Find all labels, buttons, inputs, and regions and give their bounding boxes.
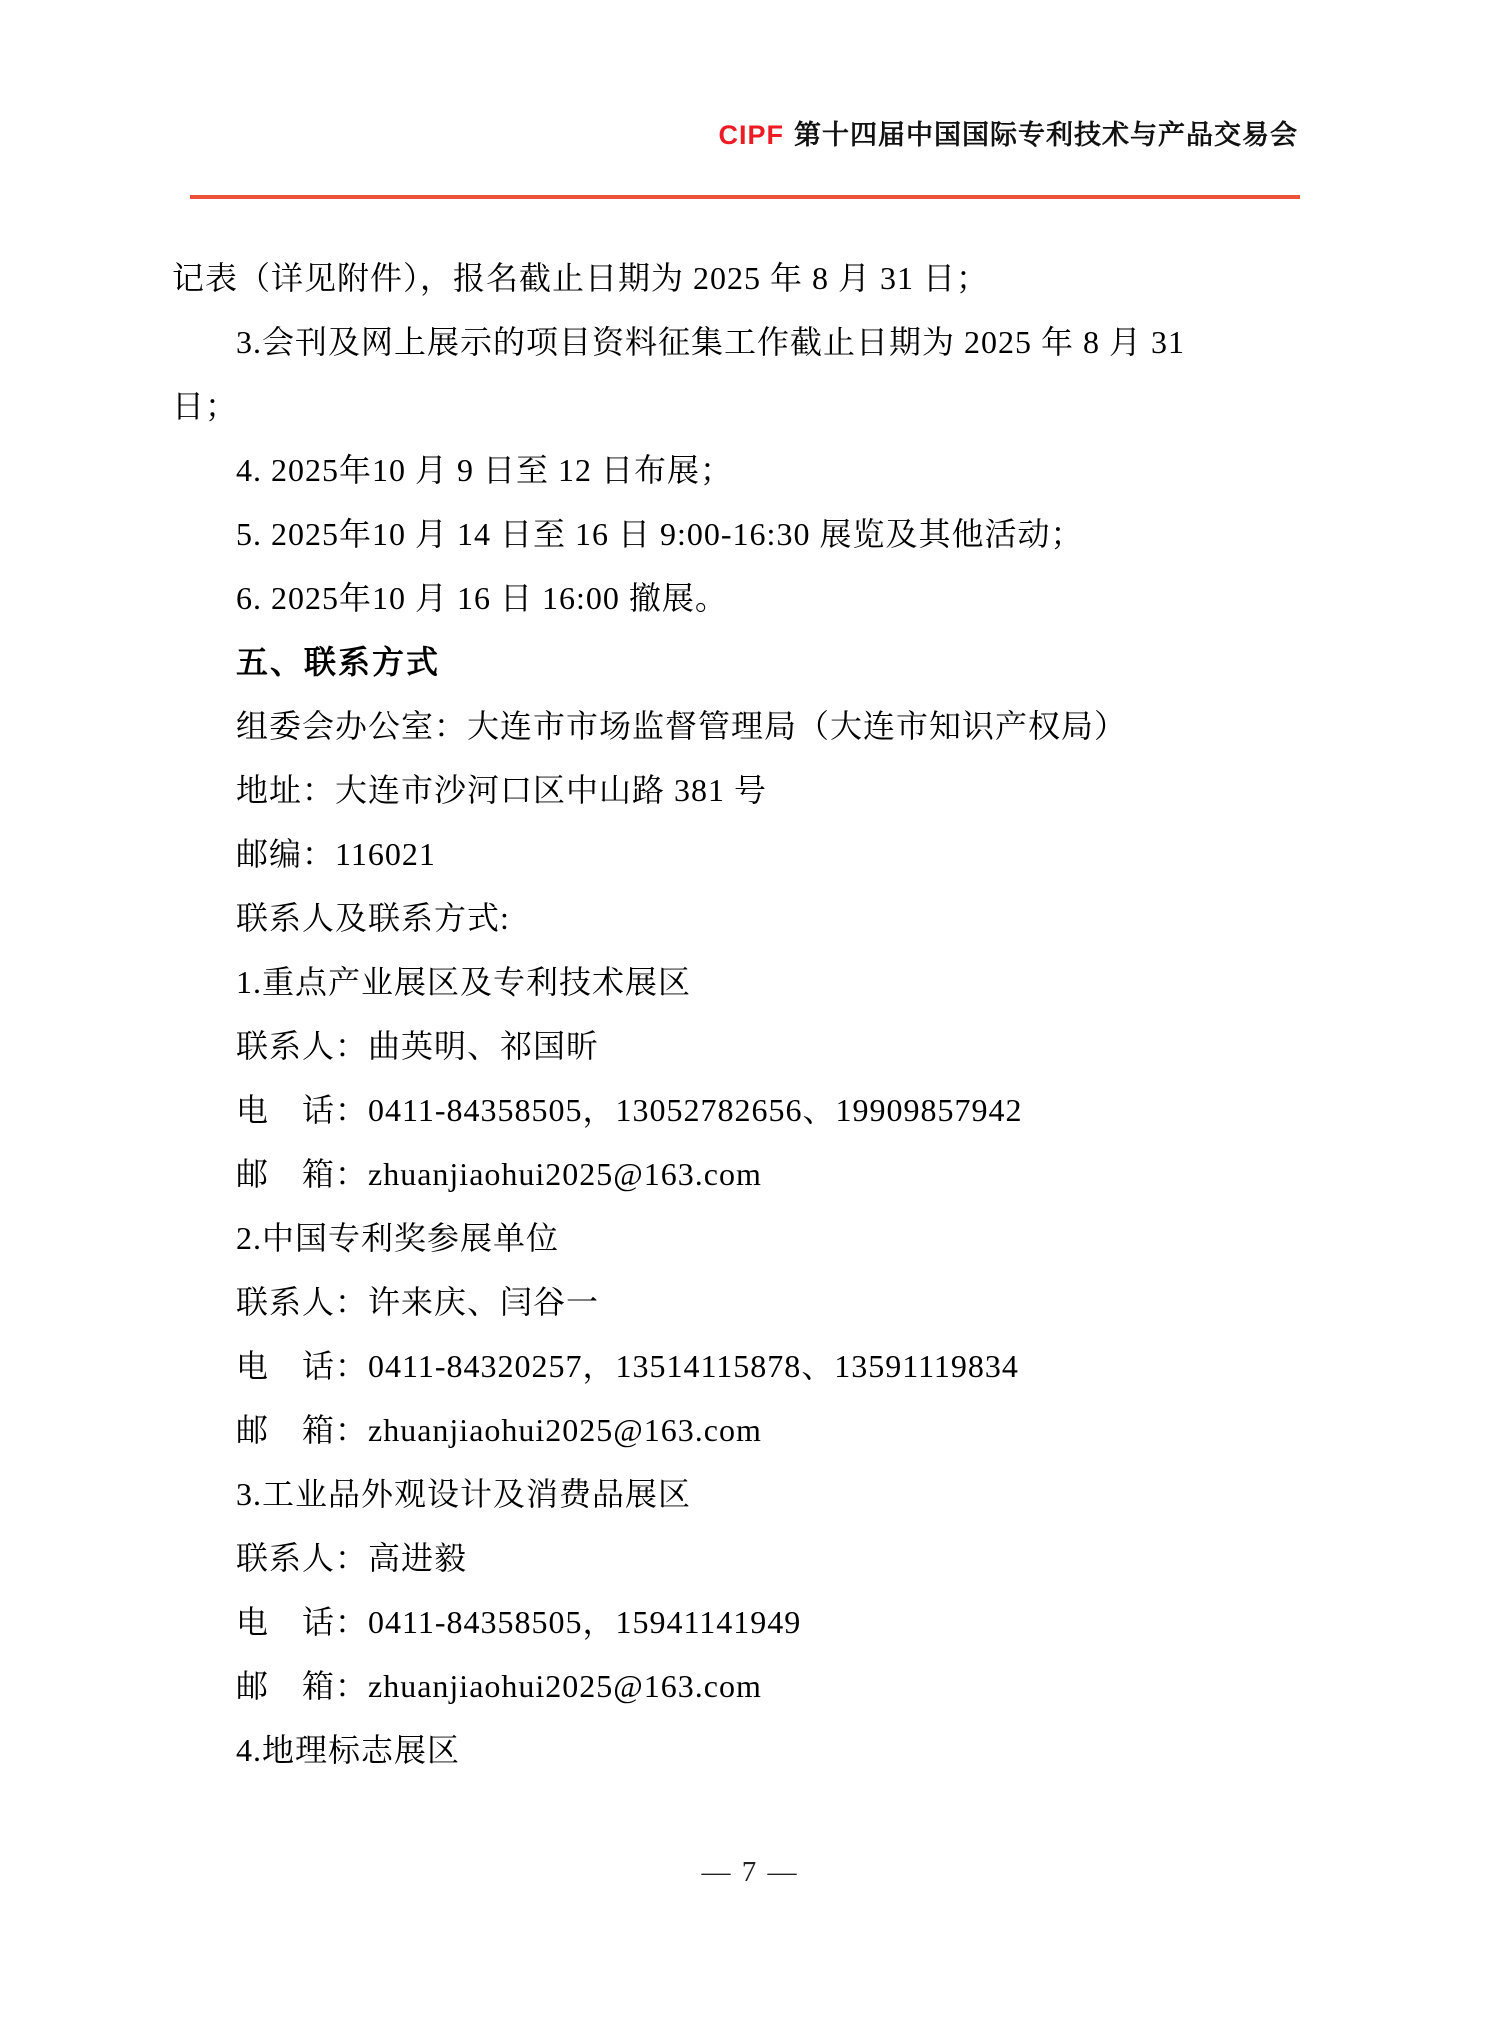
zone-4-title: 4.地理标志展区 (172, 1718, 1342, 1782)
schedule-item-4: 4. 2025年10 月 9 日至 12 日布展； (172, 438, 1342, 502)
zone-2-title: 2.中国专利奖参展单位 (172, 1206, 1342, 1270)
zone-1-phone: 电 话：0411-84358505，13052782656、1990985794… (172, 1078, 1342, 1142)
para-registration-deadline-continuation: 记表（详见附件），报名截止日期为 2025 年 8 月 31 日； (172, 246, 1342, 310)
zone-2-phone: 电 话：0411-84320257，13514115878、1359111983… (172, 1334, 1342, 1398)
document-page: CIPF第十四届中国国际专利技术与产品交易会 记表（详见附件），报名截止日期为 … (0, 0, 1500, 2021)
contact-office-line: 组委会办公室：大连市市场监督管理局（大连市知识产权局） (172, 694, 1342, 758)
zone-3-phone: 电 话：0411-84358505，15941141949 (172, 1590, 1342, 1654)
schedule-item-6: 6. 2025年10 月 16 日 16:00 撤展。 (172, 566, 1342, 630)
schedule-item-3-line-1: 3.会刊及网上展示的项目资料征集工作截止日期为 2025 年 8 月 31 (172, 310, 1342, 374)
contact-postcode-line: 邮编：116021 (172, 822, 1342, 886)
page-number: — 7 — (0, 1856, 1500, 1889)
cipf-logo: CIPF (718, 120, 784, 150)
zone-3-email: 邮 箱：zhuanjiaohui2025@163.com (172, 1654, 1342, 1718)
document-body: 记表（详见附件），报名截止日期为 2025 年 8 月 31 日； 3.会刊及网… (172, 246, 1342, 1782)
zone-3-title: 3.工业品外观设计及消费品展区 (172, 1462, 1342, 1526)
section-heading-contact: 五、联系方式 (172, 630, 1342, 694)
zone-1-email: 邮 箱：zhuanjiaohui2025@163.com (172, 1142, 1342, 1206)
schedule-item-3-line-2: 日； (172, 374, 1342, 438)
zone-1-title: 1.重点产业展区及专利技术展区 (172, 950, 1342, 1014)
page-header: CIPF第十四届中国国际专利技术与产品交易会 (718, 118, 1298, 152)
header-title: 第十四届中国国际专利技术与产品交易会 (794, 120, 1298, 150)
contact-list-intro: 联系人及联系方式: (172, 886, 1342, 950)
zone-1-contact-person: 联系人：曲英明、祁国昕 (172, 1014, 1342, 1078)
zone-3-contact-person: 联系人：高进毅 (172, 1526, 1342, 1590)
contact-address-line: 地址：大连市沙河口区中山路 381 号 (172, 758, 1342, 822)
zone-2-email: 邮 箱：zhuanjiaohui2025@163.com (172, 1398, 1342, 1462)
zone-2-contact-person: 联系人：许来庆、闫谷一 (172, 1270, 1342, 1334)
header-rule (190, 195, 1300, 199)
schedule-item-5: 5. 2025年10 月 14 日至 16 日 9:00-16:30 展览及其他… (172, 502, 1342, 566)
